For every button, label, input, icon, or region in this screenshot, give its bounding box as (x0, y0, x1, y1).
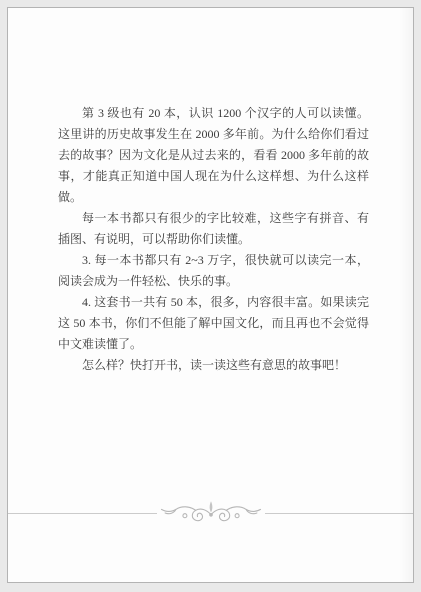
paragraph-1: 第 3 级也有 20 本，认识 1200 个汉字的人可以读懂。这里讲的历史故事发… (58, 103, 369, 208)
footer-divider (8, 498, 413, 528)
flourish-icon (157, 498, 265, 528)
paragraph-5: 怎么样？快打开书，读一读这些有意思的故事吧！ (58, 355, 369, 376)
book-page: 第 3 级也有 20 本，认识 1200 个汉字的人可以读懂。这里讲的历史故事发… (7, 7, 414, 583)
divider-rule-left (8, 513, 157, 514)
document-canvas: 第 3 级也有 20 本，认识 1200 个汉字的人可以读懂。这里讲的历史故事发… (0, 0, 421, 592)
paragraph-4: 4. 这套书一共有 50 本，很多，内容很丰富。如果读完这 50 本书，你们不但… (58, 292, 369, 355)
paragraph-2: 每一本书都只有很少的字比较难，这些字有拼音、有插图、有说明，可以帮助你们读懂。 (58, 208, 369, 250)
divider-rule-right (265, 513, 414, 514)
preface-text-block: 第 3 级也有 20 本，认识 1200 个汉字的人可以读懂。这里讲的历史故事发… (58, 103, 369, 376)
paragraph-3: 3. 每一本书都只有 2~3 万字，很快就可以读完一本，阅读会成为一件轻松、快乐… (58, 250, 369, 292)
